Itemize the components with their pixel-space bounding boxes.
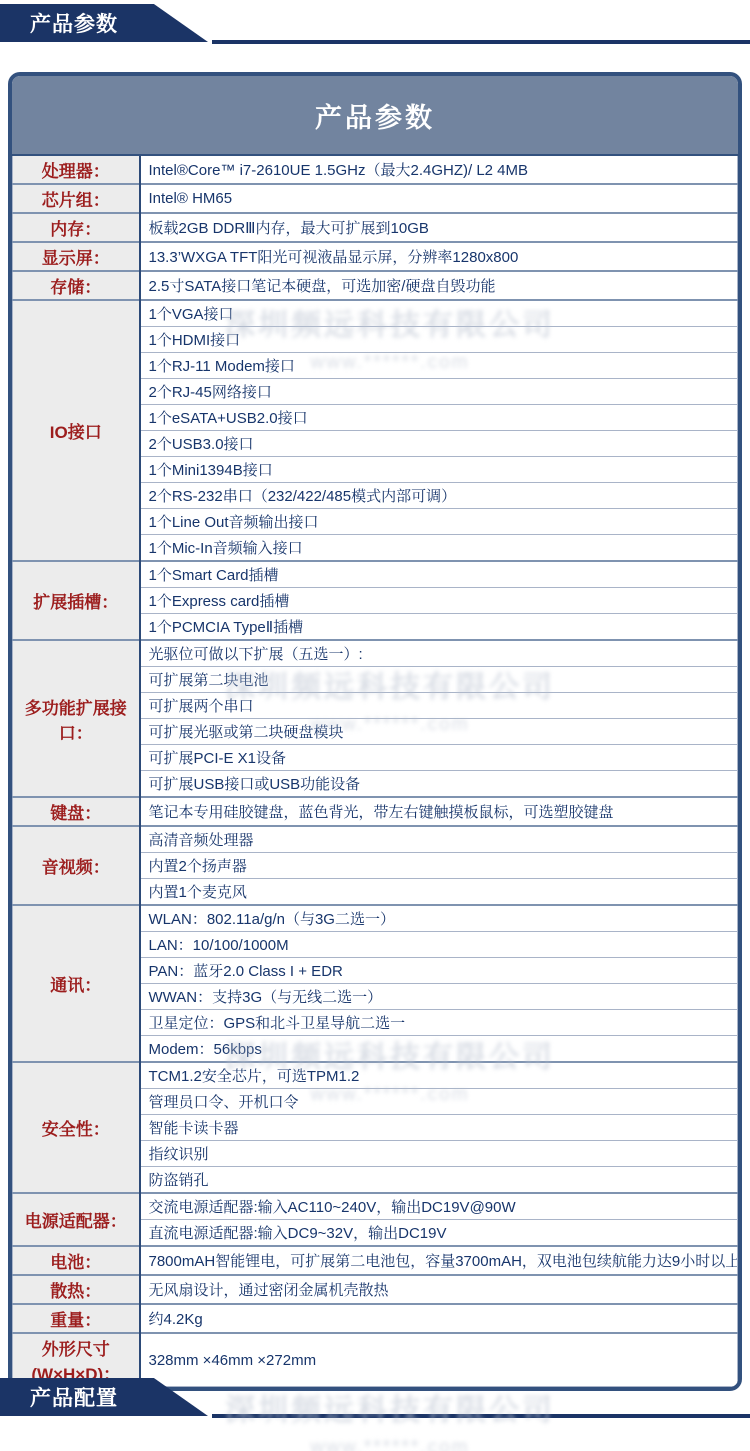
table-title: 产品参数 bbox=[12, 76, 738, 156]
spec-value: 1个HDMI接口 bbox=[140, 327, 738, 353]
top-banner-title: 产品参数 bbox=[30, 8, 118, 38]
spec-label: 安全性： bbox=[13, 1062, 140, 1193]
spec-label: 电源适配器： bbox=[13, 1193, 140, 1246]
spec-label: 通讯： bbox=[13, 905, 140, 1062]
spec-value: 光驱位可做以下扩展（五选一）: bbox=[140, 640, 738, 667]
spec-label: 音视频： bbox=[13, 826, 140, 905]
spec-label: 显示屏： bbox=[13, 242, 140, 271]
table-row: 电池：7800mAH智能锂电，可扩展第二电池包，容量3700mAH，双电池包续航… bbox=[13, 1246, 738, 1275]
spec-value: LAN：10/100/1000M bbox=[140, 932, 738, 958]
spec-value: WWAN：支持3G（与无线二选一） bbox=[140, 984, 738, 1010]
spec-value: 智能卡读卡器 bbox=[140, 1115, 738, 1141]
table-row: IO接口1个VGA接口 bbox=[13, 300, 738, 327]
banner-underline bbox=[212, 40, 750, 44]
spec-value: 管理员口令、开机口令 bbox=[140, 1089, 738, 1115]
spec-label: 芯片组： bbox=[13, 184, 140, 213]
top-banner: 产品参数 bbox=[0, 4, 750, 42]
banner-underline bbox=[212, 1414, 750, 1418]
spec-value: 13.3’WXGA TFT阳光可视液晶显示屏，分辨率1280x800 bbox=[140, 242, 738, 271]
spec-value: 2个RS-232串口（232/422/485模式内部可调） bbox=[140, 483, 738, 509]
spec-value: 1个Mic-In音频输入接口 bbox=[140, 535, 738, 562]
spec-value: 内置2个扬声器 bbox=[140, 853, 738, 879]
bottom-banner: 产品配置 bbox=[0, 1378, 750, 1416]
table-row: 通讯：WLAN：802.11a/g/n（与3G二选一） bbox=[13, 905, 738, 932]
spec-value: 内置1个麦克风 bbox=[140, 879, 738, 906]
spec-value: 高清音频处理器 bbox=[140, 826, 738, 853]
table-row: 处理器：Intel®Core™ i7-2610UE 1.5GHz（最大2.4GH… bbox=[13, 156, 738, 184]
spec-table-body: 处理器：Intel®Core™ i7-2610UE 1.5GHz（最大2.4GH… bbox=[13, 156, 738, 1387]
spec-value: 1个eSATA+USB2.0接口 bbox=[140, 405, 738, 431]
spec-label: 内存： bbox=[13, 213, 140, 242]
spec-value: 1个RJ-11 Modem接口 bbox=[140, 353, 738, 379]
spec-value: 可扩展两个串口 bbox=[140, 693, 738, 719]
spec-value: 可扩展PCI-E X1设备 bbox=[140, 745, 738, 771]
product-spec-page: { "colors": { "banner_navy": "#1b3466", … bbox=[0, 0, 750, 1451]
table-row: 安全性：TCM1.2安全芯片，可选TPM1.2 bbox=[13, 1062, 738, 1089]
spec-value: Intel® HM65 bbox=[140, 184, 738, 213]
spec-value: 7800mAH智能锂电，可扩展第二电池包，容量3700mAH，双电池包续航能力达… bbox=[140, 1246, 738, 1275]
table-row: 芯片组：Intel® HM65 bbox=[13, 184, 738, 213]
table-row: 键盘：笔记本专用硅胶键盘，蓝色背光，带左右键触摸板鼠标，可选塑胶键盘 bbox=[13, 797, 738, 826]
spec-label: 散热： bbox=[13, 1275, 140, 1304]
spec-value: 可扩展USB接口或USB功能设备 bbox=[140, 771, 738, 798]
spec-table: 处理器：Intel®Core™ i7-2610UE 1.5GHz（最大2.4GH… bbox=[12, 156, 738, 1387]
spec-label: 重量： bbox=[13, 1304, 140, 1333]
spec-value: 可扩展第二块电池 bbox=[140, 667, 738, 693]
spec-label: 扩展插槽： bbox=[13, 561, 140, 640]
spec-value: 1个PCMCIA TypeⅡ插槽 bbox=[140, 614, 738, 641]
table-row: 扩展插槽：1个Smart Card插槽 bbox=[13, 561, 738, 588]
spec-value: 笔记本专用硅胶键盘，蓝色背光，带左右键触摸板鼠标，可选塑胶键盘 bbox=[140, 797, 738, 826]
spec-value: 防盗销孔 bbox=[140, 1167, 738, 1194]
table-row: 内存：板载2GB DDRⅢ内存，最大可扩展到10GB bbox=[13, 213, 738, 242]
table-row: 存储：2.5寸SATA接口笔记本硬盘，可选加密/硬盘自毁功能 bbox=[13, 271, 738, 300]
table-row: 散热：无风扇设计，通过密闭金属机壳散热 bbox=[13, 1275, 738, 1304]
spec-label: 键盘： bbox=[13, 797, 140, 826]
spec-label: 多功能扩展接口： bbox=[13, 640, 140, 797]
spec-value: 交流电源适配器:输入AC110~240V，输出DC19V@90W bbox=[140, 1193, 738, 1220]
spec-value: 直流电源适配器:输入DC9~32V，输出DC19V bbox=[140, 1220, 738, 1247]
table-row: 显示屏：13.3’WXGA TFT阳光可视液晶显示屏，分辨率1280x800 bbox=[13, 242, 738, 271]
spec-value: 1个Line Out音频输出接口 bbox=[140, 509, 738, 535]
spec-value: 约4.2Kg bbox=[140, 1304, 738, 1333]
table-row: 电源适配器：交流电源适配器:输入AC110~240V，输出DC19V@90W bbox=[13, 1193, 738, 1220]
spec-value: 指纹识别 bbox=[140, 1141, 738, 1167]
spec-value: WLAN：802.11a/g/n（与3G二选一） bbox=[140, 905, 738, 932]
spec-label: 存储： bbox=[13, 271, 140, 300]
spec-value: 1个Smart Card插槽 bbox=[140, 561, 738, 588]
spec-value: Intel®Core™ i7-2610UE 1.5GHz（最大2.4GHZ)/ … bbox=[140, 156, 738, 184]
spec-value: 可扩展光驱或第二块硬盘模块 bbox=[140, 719, 738, 745]
table-row: 多功能扩展接口：光驱位可做以下扩展（五选一）: bbox=[13, 640, 738, 667]
spec-value: TCM1.2安全芯片，可选TPM1.2 bbox=[140, 1062, 738, 1089]
spec-label: IO接口 bbox=[13, 300, 140, 561]
spec-value: Modem：56kbps bbox=[140, 1036, 738, 1063]
bottom-banner-title: 产品配置 bbox=[30, 1382, 118, 1412]
spec-value: 无风扇设计，通过密闭金属机壳散热 bbox=[140, 1275, 738, 1304]
spec-value: 2个RJ-45网络接口 bbox=[140, 379, 738, 405]
table-row: 音视频：高清音频处理器 bbox=[13, 826, 738, 853]
spec-value: 1个VGA接口 bbox=[140, 300, 738, 327]
spec-value: 1个Mini1394B接口 bbox=[140, 457, 738, 483]
spec-value: 卫星定位：GPS和北斗卫星导航二选一 bbox=[140, 1010, 738, 1036]
spec-value: 2个USB3.0接口 bbox=[140, 431, 738, 457]
spec-value: PAN：蓝牙2.0 Class I + EDR bbox=[140, 958, 738, 984]
spec-label: 电池： bbox=[13, 1246, 140, 1275]
spec-value: 板载2GB DDRⅢ内存，最大可扩展到10GB bbox=[140, 213, 738, 242]
spec-label: 处理器： bbox=[13, 156, 140, 184]
table-row: 重量：约4.2Kg bbox=[13, 1304, 738, 1333]
spec-value: 1个Express card插槽 bbox=[140, 588, 738, 614]
spec-value: 2.5寸SATA接口笔记本硬盘，可选加密/硬盘自毁功能 bbox=[140, 271, 738, 300]
product-params-card: 产品参数 处理器：Intel®Core™ i7-2610UE 1.5GHz（最大… bbox=[8, 72, 742, 1391]
